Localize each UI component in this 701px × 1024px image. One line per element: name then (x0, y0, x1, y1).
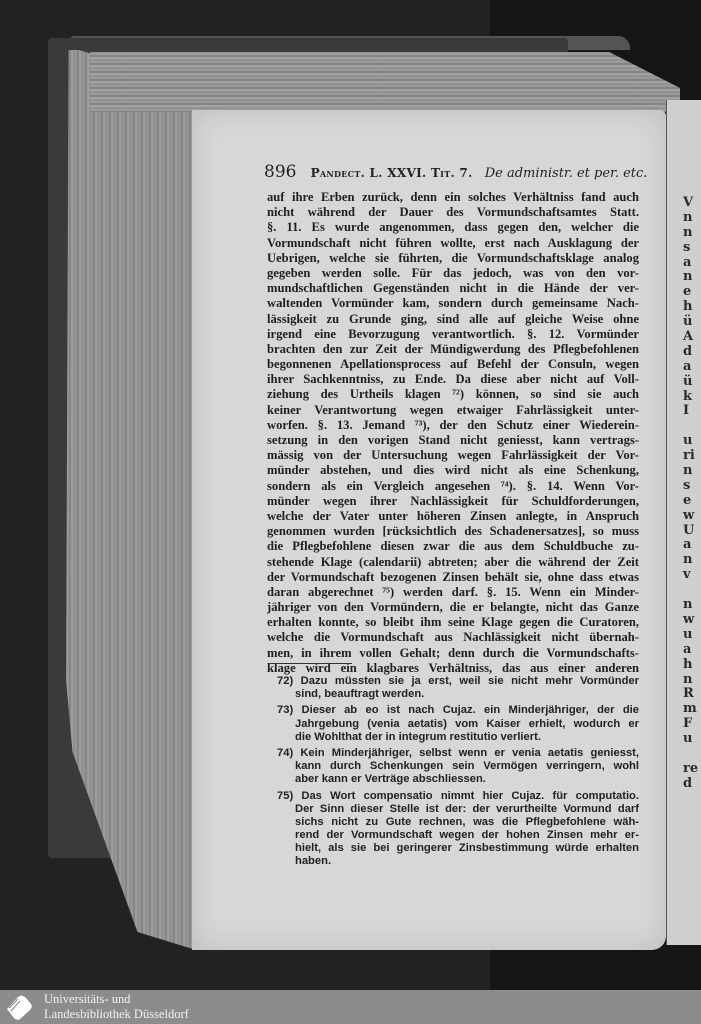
page-stack-top-edge (90, 52, 680, 112)
opposite-page-fragment: h (683, 300, 701, 315)
opposite-page-fragment: s (683, 241, 701, 256)
text-line: ihrer Sachkenntniss, zu Ende. Da diese a… (267, 372, 639, 387)
text-line: münder wegen ihrer Nachlässigkeit für Sc… (267, 494, 639, 509)
text-line: Vormundschaft nicht führen wollte, erst … (267, 236, 639, 251)
text-line: worfen. §. 13. Jemand ⁷³), der den Schut… (267, 418, 639, 433)
opposite-page-fragment: n (683, 553, 701, 568)
page-header: 896 Pandect. L. XXVI. Tit. 7. De adminis… (264, 162, 664, 182)
text-line: Uebrigen, welche sie führten, die Vormun… (267, 251, 639, 266)
text-line: jähriger von den Vormündern, die er bela… (267, 600, 639, 615)
footnote-line: 73) Dieser ab eo ist nach Cujaz. ein Min… (277, 704, 639, 717)
running-title: Pandect. L. XXVI. Tit. 7. (311, 166, 473, 180)
opposite-page-text-fragments: VnnsanehüAdaükIurinsewUanvnwuahnRmFured (683, 196, 701, 792)
opposite-page-fragment (683, 747, 701, 762)
footnote-line: hielt, als sie bei geringerer Zinsbestim… (277, 842, 639, 855)
opposite-page-fragment: k (683, 390, 701, 405)
footnote-72: 72) Dazu müssten sie ja erst, weil sie n… (277, 675, 639, 701)
text-line: men, in ihrem vollen Gehalt; denn durch … (267, 646, 639, 661)
running-title-italic: De administr. et per. etc. (485, 166, 648, 181)
footnote-line: 75) Das Wort compensatio nimmt hier Cuja… (277, 790, 639, 803)
text-line: daran abgerechnet ⁷⁵) werden darf. §. 15… (267, 585, 639, 600)
footnote-line: 74) Kein Minderjähriger, selbst wenn er … (277, 747, 639, 760)
opposite-page-fragment: ri (683, 449, 701, 464)
opposite-page-fragment: n (683, 464, 701, 479)
opposite-page-fragment: n (683, 226, 701, 241)
opposite-page-fragment: u (683, 434, 701, 449)
text-line: brachten den zur Zeit der Mündigwerdung … (267, 342, 639, 357)
text-line: gegeben werden solle. Für das jedoch, wa… (267, 266, 639, 281)
text-line: welche die Vormundschaft aus Nachlässigk… (267, 630, 639, 645)
footnote-divider (270, 663, 352, 664)
opposite-page-fragment (683, 583, 701, 598)
opposite-page-fragment: d (683, 345, 701, 360)
footnote-75: 75) Das Wort compensatio nimmt hier Cuja… (277, 790, 639, 869)
footnote-line: Der Sinn dieser Stelle ist der: der veru… (277, 803, 639, 816)
footnote-line: sichs nicht zu Gute rechnen, was die Pfl… (277, 816, 639, 829)
footnote-73: 73) Dieser ab eo ist nach Cujaz. ein Min… (277, 704, 639, 744)
text-line: nicht während der Dauer des Vormundschaf… (267, 205, 639, 220)
footnote-line: haben. (277, 855, 639, 868)
text-line: §. 11. Es wurde angenommen, dass gegen d… (267, 220, 639, 235)
opposite-page-fragment: ü (683, 315, 701, 330)
text-line: münder abstehen, und dies wird nicht als… (267, 463, 639, 478)
text-line: mundschaftlichen Gegenständen nicht in d… (267, 281, 639, 296)
text-line: irgend eine Bevorzugung verantwortlich. … (267, 327, 639, 342)
opposite-page-fragment: n (683, 211, 701, 226)
institution-line-1: Universitäts- und (44, 992, 189, 1007)
text-line: lässigkeit zu Grunde ging, sind alle auf… (267, 312, 639, 327)
text-line: begonnenen Apellationsprocess auf Befehl… (267, 357, 639, 372)
opposite-page-fragment: w (683, 509, 701, 524)
footnote-line: rend der Vormundschaft wegen der hohen Z… (277, 829, 639, 842)
opposite-page-fragment: V (683, 196, 701, 211)
text-line: sondern als ein Vergleich angesehen ⁷⁴).… (267, 479, 639, 494)
opposite-page-fragment: n (683, 673, 701, 688)
institution-name: Universitäts- und Landesbibliothek Düsse… (44, 992, 189, 1022)
opposite-page-fragment: I (683, 404, 701, 419)
opposite-page-fragment: U (683, 524, 701, 539)
footnote-line: kann durch Schenkungen sein Vermögen ver… (277, 760, 639, 773)
opposite-page-fragment: ü (683, 375, 701, 390)
opposite-page-fragment: a (683, 538, 701, 553)
institution-line-2: Landesbibliothek Düsseldorf (44, 1007, 189, 1022)
opposite-page-fragment: F (683, 717, 701, 732)
text-line: stehende Klage (calendarii) abtreten; ab… (267, 555, 639, 570)
opposite-page-fragment: w (683, 613, 701, 628)
text-line: setzung in den vorigen Stand nicht genie… (267, 433, 639, 448)
opposite-page-fragment: R (683, 687, 701, 702)
text-line: auf ihre Erben zurück, denn ein solches … (267, 190, 639, 205)
opposite-page-fragment: u (683, 732, 701, 747)
opposite-page-fragment: n (683, 270, 701, 285)
opposite-page-fragment: m (683, 702, 701, 717)
text-line: ziehung des Urtheils klagen ⁷²) können, … (267, 387, 639, 402)
opposite-page-fragment: v (683, 568, 701, 583)
text-line: keiner Verantwortung wegen etwaiger Fahr… (267, 403, 639, 418)
opposite-page-fragment: a (683, 256, 701, 271)
opposite-page-fragment (683, 419, 701, 434)
footnote-line: 72) Dazu müssten sie ja erst, weil sie n… (277, 675, 639, 688)
scan-background: VnnsanehüAdaükIurinsewUanvnwuahnRmFured … (0, 0, 701, 990)
footnote-line: sind, beauftragt werden. (277, 688, 639, 701)
page-number: 896 (264, 162, 296, 182)
footnote-line: die Wohlthat der in integrum restitutio … (277, 731, 639, 744)
text-line: genommen wurden [rücksichtlich des Schad… (267, 524, 639, 539)
opposite-page-fragment: d (683, 777, 701, 792)
opposite-page-fragment: re (683, 762, 701, 777)
footnote-line: Jahrgebung (venia aetatis) vom Kaiser er… (277, 718, 639, 731)
footnote-line: aber kann er Verträge abschliessen. (277, 773, 639, 786)
opposite-page-fragment: h (683, 658, 701, 673)
text-line: die Pflegbefohlene diesen zwar die aus d… (267, 539, 639, 554)
opposite-page-fragment: a (683, 643, 701, 658)
opposite-page-fragment: u (683, 628, 701, 643)
opposite-page-fragment: e (683, 285, 701, 300)
opposite-page-fragment: A (683, 330, 701, 345)
text-line: waltenden Vormünder kam, sondern durch g… (267, 296, 639, 311)
footnotes: 72) Dazu müssten sie ja erst, weil sie n… (277, 675, 639, 872)
footnote-74: 74) Kein Minderjähriger, selbst wenn er … (277, 747, 639, 787)
text-line: mässig von der Untersuchung wegen Fahrlä… (267, 448, 639, 463)
opposite-page-fragment: s (683, 479, 701, 494)
text-line: erhalten konnte, so bleibt ihm seine Kla… (267, 615, 639, 630)
book-logo-icon (4, 993, 34, 1021)
opposite-page-fragment: a (683, 360, 701, 375)
main-text-block: auf ihre Erben zurück, denn ein solches … (267, 190, 639, 676)
opposite-page-fragment: n (683, 598, 701, 613)
text-line: welche der Vater unter höheren Zinsen an… (267, 509, 639, 524)
opposite-page-fragment: e (683, 494, 701, 509)
text-line: der Vormundschaft bezogenen Zinsen behäl… (267, 570, 639, 585)
